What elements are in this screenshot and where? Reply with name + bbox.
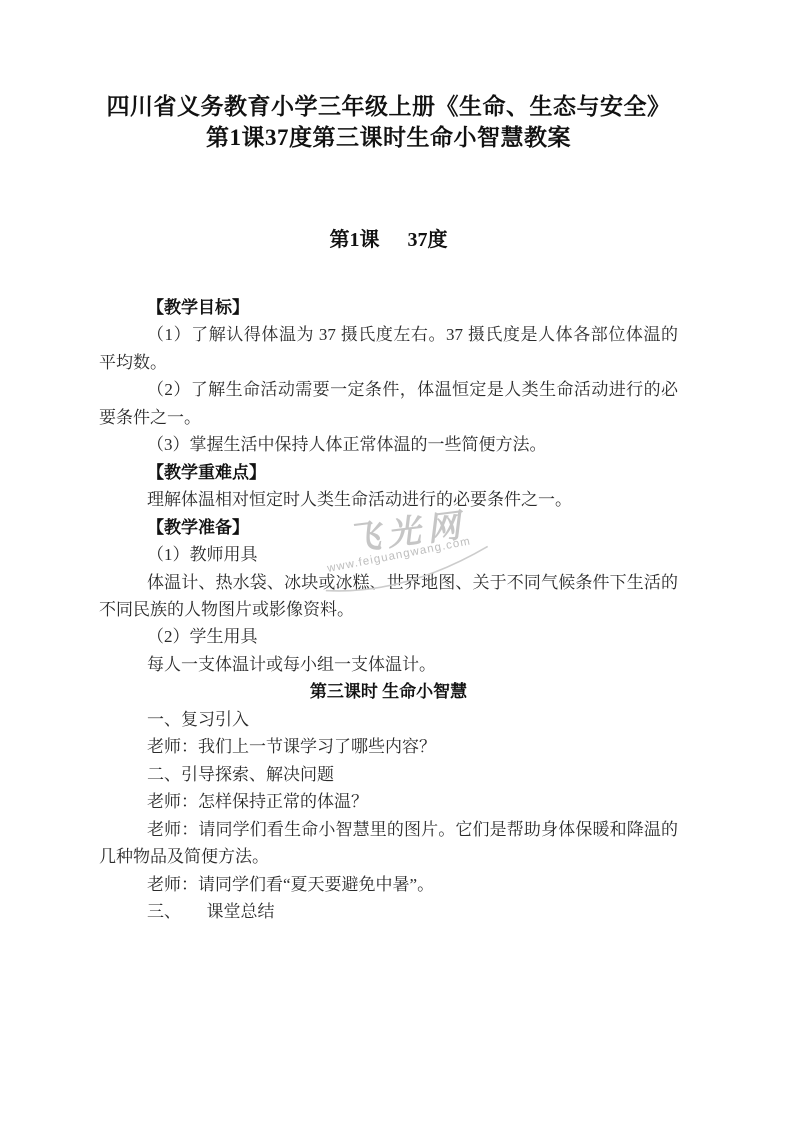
document-title-line1: 四川省义务教育小学三年级上册《生命、生态与安全》 <box>107 94 671 119</box>
paragraph: 三、 课堂总结 <box>99 898 678 925</box>
paragraph: （1）教师用具 <box>99 541 678 568</box>
paragraph: （2）了解生命活动需要一定条件，体温恒定是人类生命活动进行的必要条件之一。 <box>99 376 678 431</box>
lesson-title: 37度 <box>408 229 448 251</box>
paragraph: （1）了解认得体温为 37 摄氏度左右。37 摄氏度是人体各部位体温的平均数。 <box>99 321 678 376</box>
document-page: 四川省义务教育小学三年级上册《生命、生态与安全》 第1课37度第三课时生命小智慧… <box>0 0 793 1122</box>
paragraph: 理解体温相对恒定时人类生命活动进行的必要条件之一。 <box>99 486 678 513</box>
lesson-number: 第1课 <box>330 229 380 251</box>
paragraph: 体温计、热水袋、冰块或冰糕、世界地图、关于不同气候条件下生活的不同民族的人物图片… <box>99 569 678 624</box>
paragraph: （2）学生用具 <box>99 623 678 650</box>
paragraph: （3）掌握生活中保持人体正常体温的一些简便方法。 <box>99 431 678 458</box>
document-title: 四川省义务教育小学三年级上册《生命、生态与安全》 第1课37度第三课时生命小智慧… <box>99 91 678 153</box>
paragraph: 每人一支体温计或每小组一支体温计。 <box>99 651 678 678</box>
document-content: 四川省义务教育小学三年级上册《生命、生态与安全》 第1课37度第三课时生命小智慧… <box>99 0 678 925</box>
section-heading: 【教学准备】 <box>99 514 678 541</box>
paragraph: 一、复习引入 <box>99 706 678 733</box>
lesson-heading: 第1课37度 <box>99 227 678 253</box>
paragraph: 老师：请同学们看生命小智慧里的图片。它们是帮助身体保暖和降温的几种物品及简便方法… <box>99 816 678 871</box>
paragraph: 二、引导探索、解决问题 <box>99 761 678 788</box>
document-title-line2: 第1课37度第三课时生命小智慧教案 <box>206 125 571 150</box>
paragraph: 老师：怎样保持正常的体温？ <box>99 788 678 815</box>
section-heading: 【教学重难点】 <box>99 459 678 486</box>
paragraph: 老师：请同学们看“夏天要避免中暑”。 <box>99 871 678 898</box>
document-body: 【教学目标】（1）了解认得体温为 37 摄氏度左右。37 摄氏度是人体各部位体温… <box>99 294 678 925</box>
section-heading: 【教学目标】 <box>99 294 678 321</box>
paragraph: 老师：我们上一节课学习了哪些内容？ <box>99 733 678 760</box>
subsection-heading: 第三课时 生命小智慧 <box>99 678 678 705</box>
